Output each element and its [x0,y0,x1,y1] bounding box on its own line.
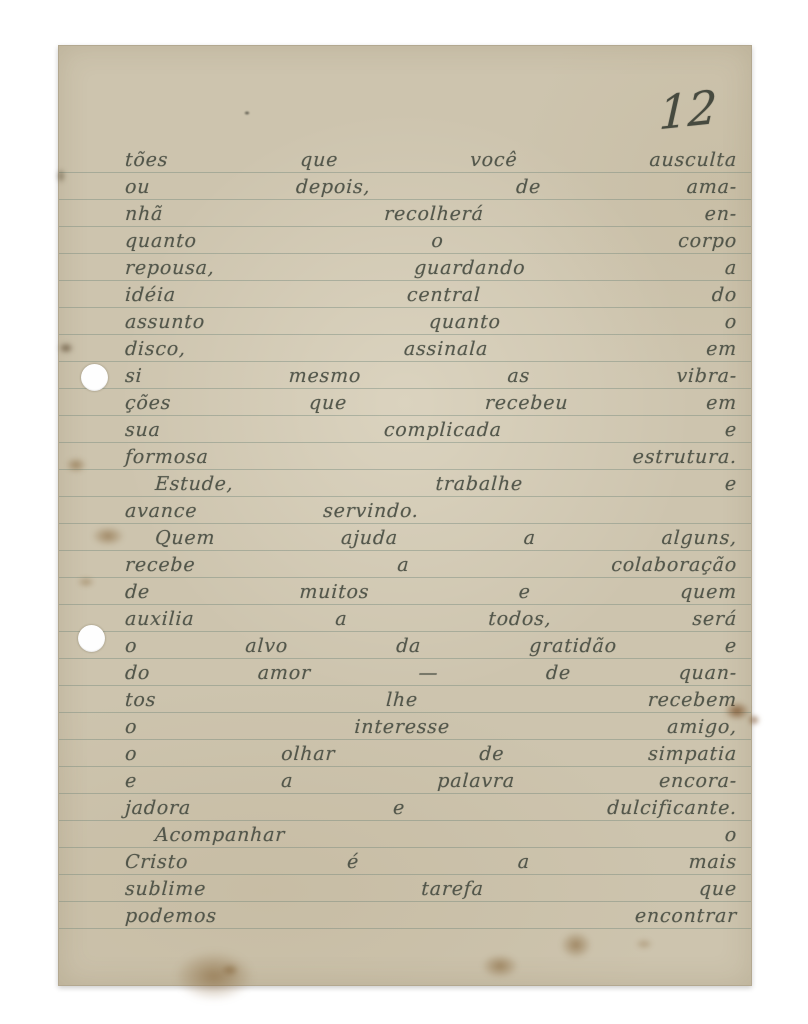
manuscript-line: Estude, trabalhe e [124,471,737,498]
manuscript-line: o interesse amigo, [124,714,737,741]
manuscript-line: recebe a colaboração [124,552,737,579]
stain [55,166,67,186]
manuscript-line: Cristo é a mais [124,849,737,876]
manuscript-line: assunto quanto o [124,309,737,336]
manuscript-line: o alvo da gratidão e [124,633,737,660]
manuscript-line: disco, assinala em [124,336,737,363]
stain [474,949,526,983]
manuscript-line: nhã recolherá en- [124,201,737,228]
manuscript-line: idéia central do [124,282,737,309]
punch-hole-top [81,364,108,391]
manuscript-line: sua complicada e [124,417,737,444]
manuscript-line: sublime tarefa que [124,876,737,903]
stain [631,936,657,952]
stain [243,110,251,116]
handwritten-text-block: tões que você auscultaou depois, de ama-… [125,147,737,930]
stain [745,712,763,728]
stain [61,454,91,476]
manuscript-line: formosa estrutura. [124,444,737,471]
stain [73,574,99,590]
manuscript-line: tões que você ausculta [124,147,737,174]
manuscript-line: Quem ajuda a alguns, [124,525,737,552]
manuscript-page: 12 tões que você auscultaou depois, de a… [58,45,752,986]
stain [85,522,131,550]
manuscript-line: o olhar de simpatia [124,741,737,768]
manuscript-line: e a palavra encora- [124,768,737,795]
punch-hole-bottom [78,625,105,652]
manuscript-line: jadora e dulcificante. [124,795,737,822]
manuscript-line: do amor — de quan- [124,660,737,687]
manuscript-line: avance servindo. [124,498,419,525]
stain [159,941,269,1011]
manuscript-line: Acompanhar o [124,822,737,849]
manuscript-line: si mesmo as vibra- [124,363,737,390]
manuscript-line: auxilia a todos, será [124,606,737,633]
stain [55,340,77,356]
manuscript-line: quanto o corpo [124,228,737,255]
stain [554,926,598,964]
manuscript-line: podemos encontrar [124,903,737,930]
scanned-page-background: 12 tões que você auscultaou depois, de a… [0,0,808,1024]
manuscript-line: ou depois, de ama- [124,174,737,201]
page-number: 12 [652,76,724,144]
manuscript-line: de muitos e quem [124,579,737,606]
manuscript-line: tos lhe recebem [124,687,737,714]
manuscript-line: repousa, guardando a [124,255,737,282]
stain [217,961,243,979]
manuscript-line: ções que recebeu em [124,390,737,417]
